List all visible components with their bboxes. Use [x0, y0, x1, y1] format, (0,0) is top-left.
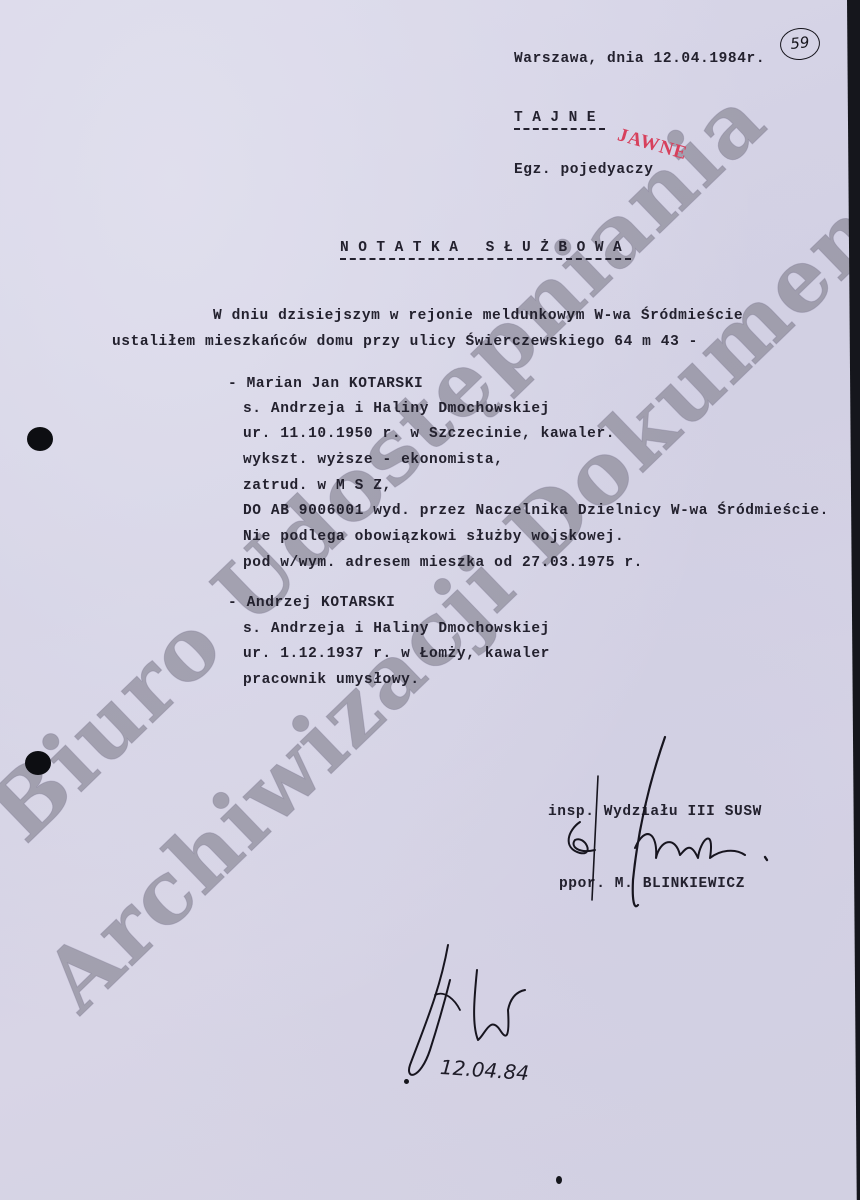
document-title: NOTATKA SŁUŻBOWA	[340, 240, 631, 260]
person-1-detail: zatrud. w M S Z,	[243, 478, 392, 494]
person-1-detail: DO AB 9006001 wyd. przez Naczelnika Dzie…	[243, 503, 829, 519]
copy-note: Egz. pojedyaczy	[514, 162, 654, 178]
place-date: Warszawa, dnia 12.04.1984r.	[514, 51, 765, 67]
person-1-detail: ur. 11.10.1950 r. w Szczecinie, kawaler.	[243, 426, 615, 442]
person-1-detail: Nie podlega obowiązkowi służby wojskowej…	[243, 529, 624, 545]
punch-hole-bottom	[25, 751, 51, 775]
person-2-detail: ur. 1.12.1937 r. w Łomży, kawaler	[243, 646, 550, 662]
person-1-detail: pod w/wym. adresem mieszka od 27.03.1975…	[243, 555, 643, 571]
person-2-detail: pracownik umysłowy.	[243, 672, 420, 688]
classification-label: TAJNE	[514, 110, 605, 130]
intro-line-2: ustaliłem mieszkańców domu przy ulicy Św…	[112, 334, 698, 350]
person-2-name: - Andrzej KOTARSKI	[228, 595, 395, 611]
person-1-detail: s. Andrzeja i Haliny Dmochowskiej	[243, 401, 550, 417]
intro-line-1: W dniu dzisiejszym w rejonie meldunkowym…	[213, 308, 743, 324]
person-1-name: - Marian Jan KOTARSKI	[228, 376, 423, 392]
officer-signature	[540, 730, 820, 930]
person-2-detail: s. Andrzeja i Haliny Dmochowskiej	[243, 621, 550, 637]
punch-hole-top	[27, 427, 53, 451]
ink-speck	[556, 1176, 562, 1184]
person-1-detail: wykszt. wyższe - ekonomista,	[243, 452, 503, 468]
